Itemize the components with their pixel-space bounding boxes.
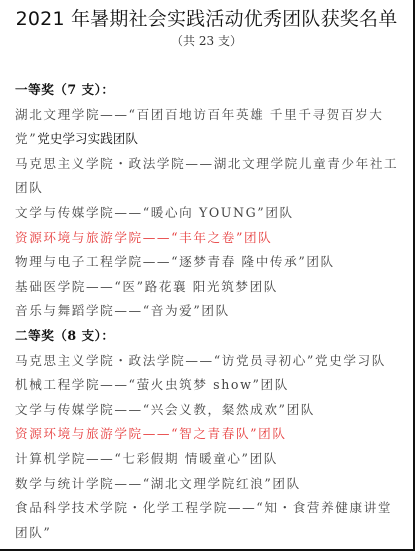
list-item-continued: 团队 (15, 176, 407, 201)
document-page: 2021 年暑期社会实践活动优秀团队获奖名单 （共 23 支） 一等奖（7 支）… (0, 0, 415, 551)
award-list: 一等奖（7 支）： 湖北文理学院——“百团百地访百年英雄 千里千寻贺百岁大 党”… (15, 78, 407, 545)
document-subtitle: （共 23 支） (0, 32, 413, 49)
list-item-highlighted: 资源环境与旅游学院——“智之青春队”团队 (15, 422, 407, 447)
section-heading-second-prize: 二等奖（8 支）： (15, 324, 407, 349)
list-item-continued: 团队” (15, 521, 407, 546)
list-item: 计算机学院——“七彩假期 情暖童心”团队 (15, 447, 407, 472)
list-item-continued: 党”党史学习实践团队 (15, 127, 407, 152)
list-item: 机械工程学院——“萤火虫筑梦 show”团队 (15, 373, 407, 398)
list-item: 基础医学院——“医”路花襄 阳光筑梦团队 (15, 275, 407, 300)
list-item: 音乐与舞蹈学院——“音为爱”团队 (15, 299, 407, 324)
list-item: 马克思主义学院・政法学院——湖北文理学院儿童青少年社工 (15, 152, 407, 177)
list-item: 文学与传媒学院——“暖心向 YOUNG”团队 (15, 201, 407, 226)
document-title: 2021 年暑期社会实践活动优秀团队获奖名单 (0, 4, 413, 31)
list-item: 数学与统计学院——“湖北文理学院红浪”团队 (15, 472, 407, 497)
list-item: 湖北文理学院——“百团百地访百年英雄 千里千寻贺百岁大 (15, 103, 407, 128)
list-item-highlighted: 资源环境与旅游学院——“丰年之卷”团队 (15, 226, 407, 251)
list-item: 物理与电子工程学院——“逐梦青春 隆中传承”团队 (15, 250, 407, 275)
list-item: 食品科学技术学院・化学工程学院——“知・食营养健康讲堂 (15, 496, 407, 521)
list-item-fragment: 党” (15, 131, 37, 146)
list-item: 马克思主义学院・政法学院——“访党员寻初心”党史学习队 (15, 349, 407, 374)
list-item-fragment: 党史学习实践团队 (37, 131, 138, 146)
list-item: 文学与传媒学院——“兴会义教，粲然成欢”团队 (15, 398, 407, 423)
section-heading-first-prize: 一等奖（7 支）： (15, 78, 407, 103)
